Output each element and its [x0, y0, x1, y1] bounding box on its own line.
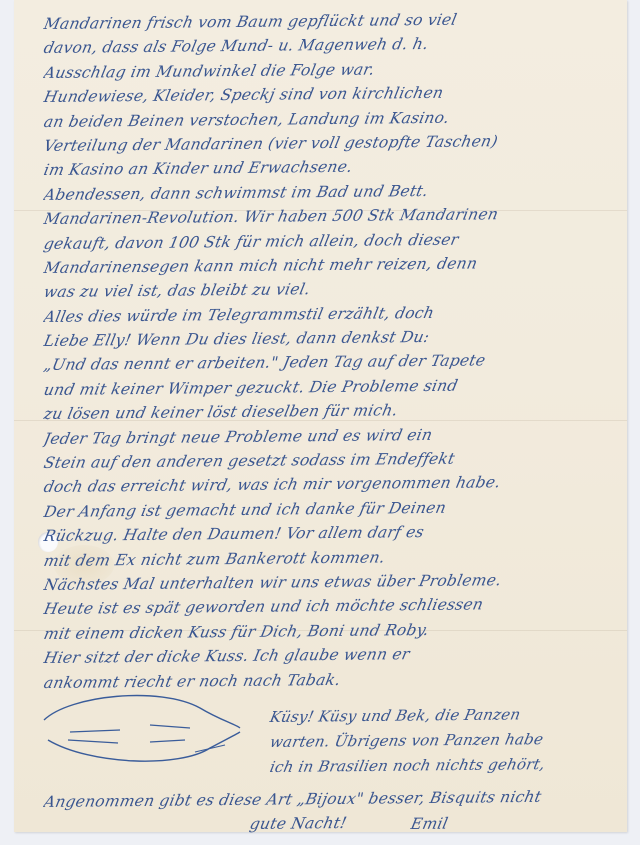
side-note: Küsy! Küsy und Bek, die Panzen warten. Ü…: [270, 705, 610, 780]
side-note-line: warten. Übrigens von Panzen habe: [267, 726, 613, 755]
closing: gute Nacht! Emil: [250, 812, 550, 840]
kiss-sketch-icon: [40, 690, 250, 790]
closing-line: gute Nacht!: [248, 811, 349, 836]
signature: Emil: [409, 812, 451, 837]
letter-body: Mandarinen frisch vom Baum gepflückt und…: [44, 12, 604, 695]
side-note-line: ich in Brasilien noch nichts gehört,: [267, 751, 613, 780]
postscript-line: Angenommen gibt es diese Art „Bijoux" be…: [42, 784, 618, 814]
side-note-line: Küsy! Küsy und Bek, die Panzen: [267, 701, 613, 730]
